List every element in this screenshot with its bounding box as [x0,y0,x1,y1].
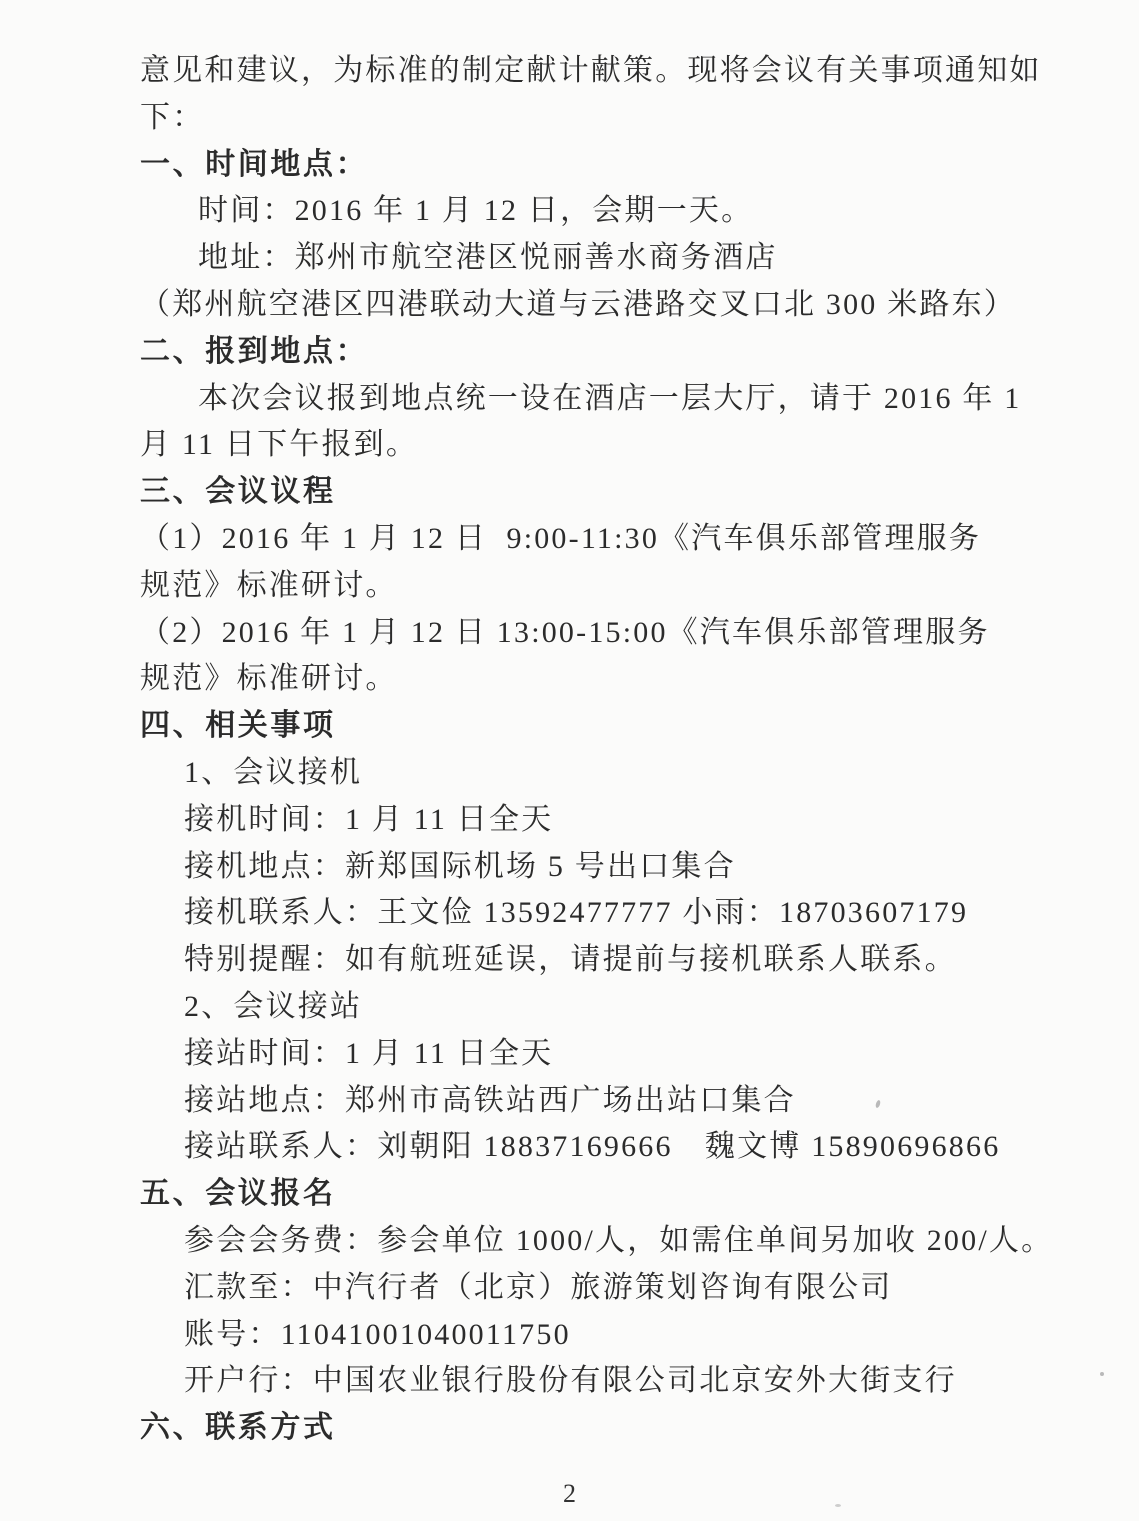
text-line: 参会会务费：参会单位 1000/人，如需住单间另加收 200/人。 [140,1218,1020,1265]
text-line: （1）2016 年 1 月 12 日 9:00-11:30《汽车俱乐部管理服务 [140,516,1020,563]
text-line: （2）2016 年 1 月 12 日 13:00-15:00《汽车俱乐部管理服务 [140,610,1020,657]
text-line: 接站时间：1 月 11 日全天 [140,1031,1020,1078]
text-line: 2、会议接站 [140,984,1020,1031]
text-line: 汇款至：中汽行者（北京）旅游策划咨询有限公司 [140,1265,1020,1312]
text-line: 接机联系人：王文俭 13592477777 小雨：18703607179 [140,890,1020,937]
text-line: 接机地点：新郑国际机场 5 号出口集合 [140,844,1020,891]
section-heading: 六、联系方式 [140,1405,1020,1452]
text-line: 账号：11041001040011750 [140,1312,1020,1359]
document-body: 意见和建议，为标准的制定献计献策。现将会议有关事项通知如下：一、时间地点：时间：… [140,48,1020,1452]
text-line: 规范》标准研讨。 [140,563,1020,610]
text-line: 接站地点：郑州市高铁站西广场出站口集合 [140,1078,1020,1125]
text-line: 接站联系人：刘朝阳 18837169666 魏文博 15890696866 [140,1124,1020,1171]
text-line: 本次会议报到地点统一设在酒店一层大厅，请于 2016 年 1 [140,376,1020,423]
section-heading: 五、会议报名 [140,1171,1020,1218]
section-heading: 一、时间地点： [140,142,1020,189]
text-line: 特别提醒：如有航班延误，请提前与接机联系人联系。 [140,937,1020,984]
section-heading: 三、会议议程 [140,469,1020,516]
text-line: 月 11 日下午报到。 [140,422,1020,469]
text-line: 规范》标准研讨。 [140,656,1020,703]
text-line: 接机时间：1 月 11 日全天 [140,797,1020,844]
text-line: 意见和建议，为标准的制定献计献策。现将会议有关事项通知如 [140,48,1020,95]
section-heading: 二、报到地点： [140,329,1020,376]
text-line: 1、会议接机 [140,750,1020,797]
text-line: （郑州航空港区四港联动大道与云港路交叉口北 300 米路东） [140,282,1020,329]
text-line: 下： [140,95,1020,142]
text-line: 地址：郑州市航空港区悦丽善水商务酒店 [140,235,1020,282]
scan-artifact [1100,1372,1104,1376]
section-heading: 四、相关事项 [140,703,1020,750]
text-line: 开户行：中国农业银行股份有限公司北京安外大街支行 [140,1358,1020,1405]
text-line: 时间：2016 年 1 月 12 日，会期一天。 [140,188,1020,235]
page-number: 2 [0,1479,1139,1509]
scan-artifact [835,1504,841,1507]
scanned-document-page: 意见和建议，为标准的制定献计献策。现将会议有关事项通知如下：一、时间地点：时间：… [0,0,1139,1521]
